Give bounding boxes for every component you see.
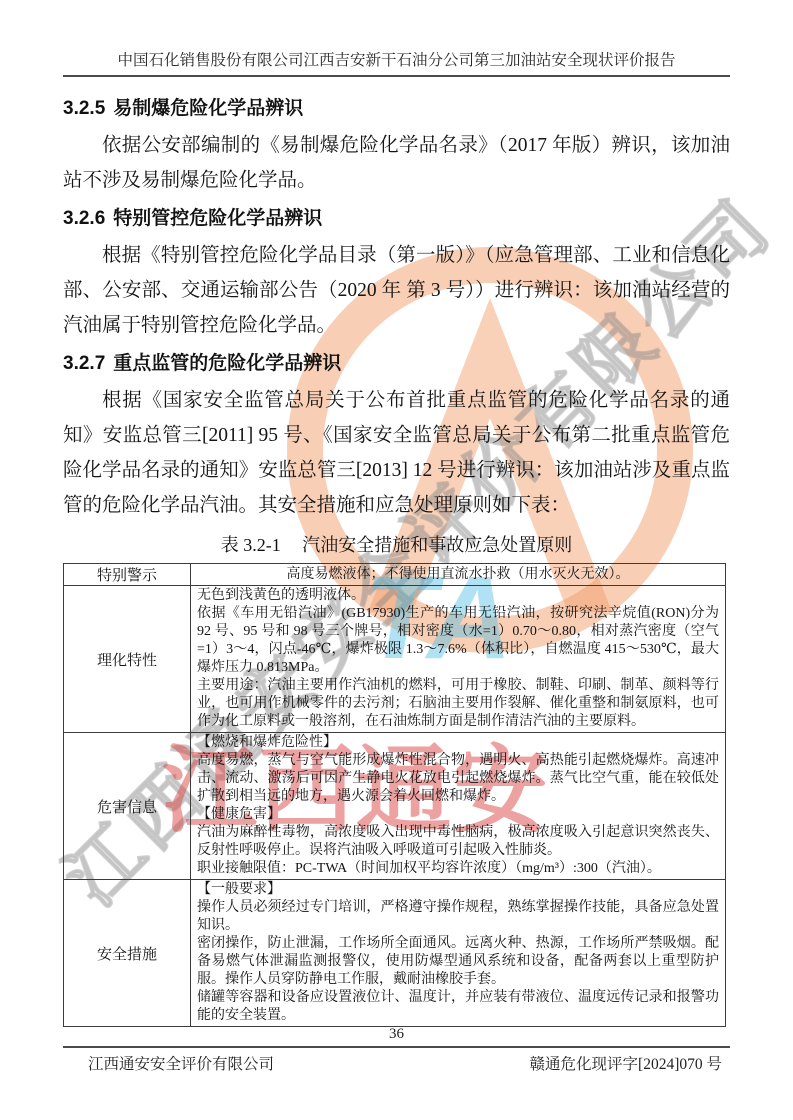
header-rule bbox=[63, 75, 730, 77]
section-title: 重点监管的危险化学品辨识 bbox=[113, 353, 341, 374]
table-row-special-warning: 特别警示 高度易燃液体；不得使用直流水扑救（用水灭火无效）。 bbox=[64, 564, 726, 586]
document-body: 3.2.5易制爆危险化学品辨识 依据公安部编制的《易制爆危险化学品名录》（201… bbox=[63, 88, 730, 1027]
row-label: 理化特性 bbox=[64, 586, 191, 733]
section-heading-326: 3.2.6特别管控危险化学品辨识 bbox=[63, 198, 730, 238]
content-layer: 中国石化销售股份有限公司江西吉安新干石油分公司第三加油站安全现状评价报告 3.2… bbox=[0, 0, 793, 1120]
paragraph: 依据公安部编制的《易制爆危险化学品名录》（2017 年版）辨识，该加油站不涉及易… bbox=[63, 128, 730, 198]
table-caption-title: 汽油安全措施和事故应急处置原则 bbox=[302, 535, 572, 555]
table-row-physicochemical: 理化特性 无色到浅黄色的透明液体。 依据《车用无铅汽油》(GB17930)生产的… bbox=[64, 586, 726, 733]
table-row-safety-measures: 安全措施 【一般要求】 操作人员必须经过专门培训，严格遵守操作规程，熟练掌握操作… bbox=[64, 880, 726, 1027]
footer-company: 江西通安安全评价有限公司 bbox=[88, 1052, 274, 1074]
row-content: 【燃烧和爆炸危险性】 高度易燃，蒸气与空气能形成爆炸性混合物，遇明火、高热能引起… bbox=[191, 733, 726, 880]
table-caption-label: 表 3.2-1 bbox=[221, 535, 281, 555]
section-title: 易制爆危险化学品辨识 bbox=[113, 98, 303, 119]
row-content: 高度易燃液体；不得使用直流水扑救（用水灭火无效）。 bbox=[191, 564, 726, 586]
report-page: 江西通安安全评价有限公司 TA 江西通安 中国石化销售股份有限公司江西吉安新干石… bbox=[0, 0, 793, 1120]
table-row-hazard-info: 危害信息 【燃烧和爆炸危险性】 高度易燃，蒸气与空气能形成爆炸性混合物，遇明火、… bbox=[64, 733, 726, 880]
paragraph: 根据《特别管控危险化学品目录（第一版）》（应急管理部、工业和信息化部、公安部、交… bbox=[63, 238, 730, 343]
section-number: 3.2.7 bbox=[63, 353, 105, 374]
section-number: 3.2.5 bbox=[63, 98, 105, 119]
section-number: 3.2.6 bbox=[63, 208, 105, 229]
section-heading-327: 3.2.7重点监管的危险化学品辨识 bbox=[63, 343, 730, 383]
row-label: 特别警示 bbox=[64, 564, 191, 586]
table-caption: 表 3.2-1汽油安全措施和事故应急处置原则 bbox=[63, 531, 730, 557]
footer-rule bbox=[63, 1046, 730, 1048]
safety-measures-table: 特别警示 高度易燃液体；不得使用直流水扑救（用水灭火无效）。 理化特性 无色到浅… bbox=[63, 563, 726, 1027]
page-header-title: 中国石化销售股份有限公司江西吉安新干石油分公司第三加油站安全现状评价报告 bbox=[63, 48, 730, 70]
section-heading-325: 3.2.5易制爆危险化学品辨识 bbox=[63, 88, 730, 128]
section-title: 特别管控危险化学品辨识 bbox=[113, 208, 322, 229]
row-label: 危害信息 bbox=[64, 733, 191, 880]
page-number: 36 bbox=[63, 1026, 730, 1043]
footer-document-number: 赣通危化现评字[2024]070 号 bbox=[530, 1052, 722, 1074]
row-content: 【一般要求】 操作人员必须经过专门培训，严格遵守操作规程，熟练掌握操作技能，具备… bbox=[191, 880, 726, 1027]
row-content: 无色到浅黄色的透明液体。 依据《车用无铅汽油》(GB17930)生产的车用无铅汽… bbox=[191, 586, 726, 733]
row-label: 安全措施 bbox=[64, 880, 191, 1027]
paragraph: 根据《国家安全监管总局关于公布首批重点监管的危险化学品名录的通知》安监总管三[2… bbox=[63, 383, 730, 523]
